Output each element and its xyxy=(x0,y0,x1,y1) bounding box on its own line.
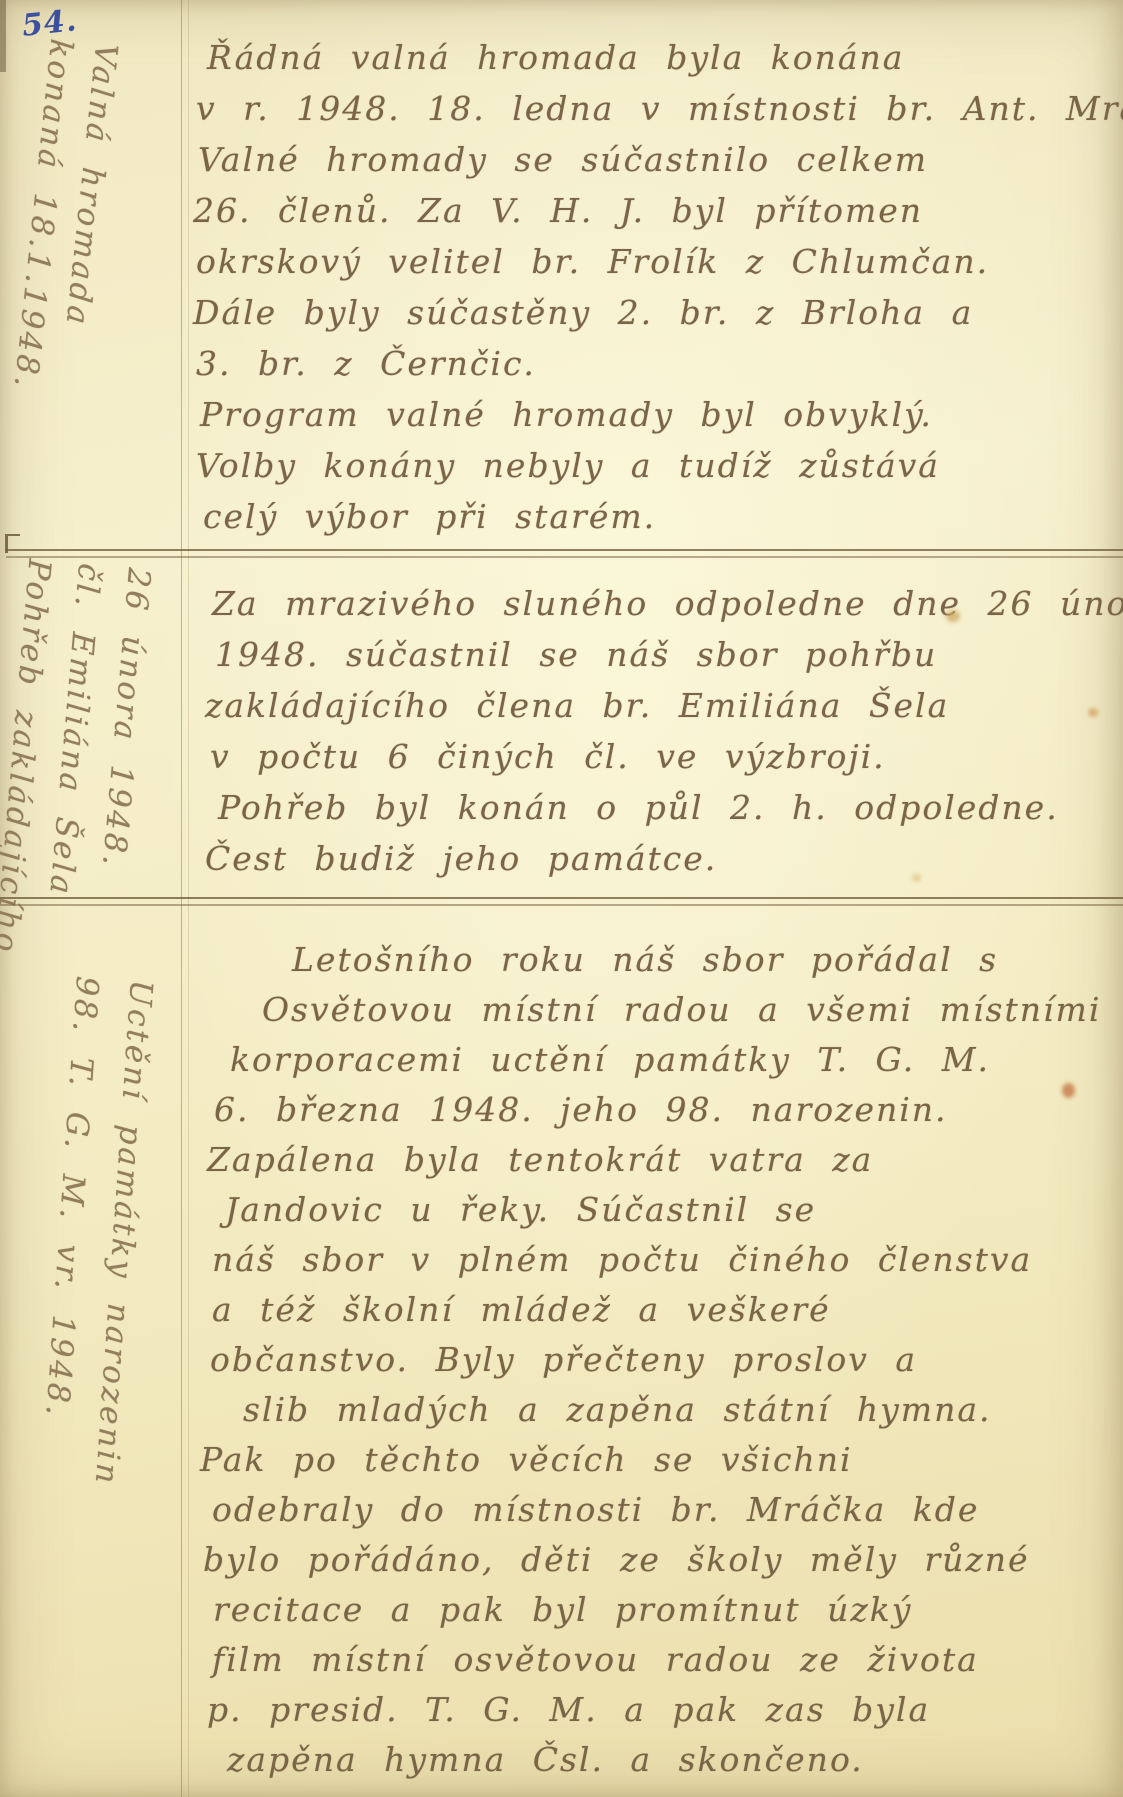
margin-note-valna-hromada: Valná hromada konaná 18.1.1948. xyxy=(2,37,128,397)
section-2-text: Za mrazivého sluného odpoledne dne 26 ún… xyxy=(185,578,1113,884)
body-line: Jandovic u řeky. Súčastnil se xyxy=(225,1185,1113,1235)
body-line: bylo pořádáno, děti ze školy měly různé xyxy=(203,1535,1113,1585)
body-line: Volby konány nebyly a tudíž zůstává xyxy=(196,440,1113,491)
body-line: Letošního roku náš sbor pořádal s xyxy=(292,935,1113,985)
body-line: 26. členů. Za V. H. J. byl přítomen xyxy=(193,185,1113,236)
body-line: Program valné hromady byl obvyklý. xyxy=(200,389,1113,440)
body-line: celý výbor při starém. xyxy=(203,491,1113,542)
body-line: korporacemi uctění památky T. G. M. xyxy=(230,1035,1113,1085)
body-line: v r. 1948. 18. ledna v místnosti br. Ant… xyxy=(196,83,1113,134)
age-spot xyxy=(1062,1083,1075,1098)
body-line: náš sbor v plném počtu činého členstva xyxy=(212,1235,1113,1285)
body-line: Valné hromady se súčastnilo celkem xyxy=(198,134,1113,185)
section-divider xyxy=(0,897,1123,905)
body-line: recitace a pak byl promítnut úzký xyxy=(213,1585,1113,1635)
body-line: film místní osvětovou radou ze života xyxy=(212,1635,1113,1685)
body-line: slib mladých a zapěna státní hymna. xyxy=(243,1385,1113,1435)
body-line: 1948. súčastnil se náš sbor pohřbu xyxy=(215,629,1113,680)
body-line: p. presid. T. G. M. a pak zas byla xyxy=(207,1685,1113,1735)
age-spot xyxy=(912,874,921,882)
body-line: Řádná valná hromada byla konána xyxy=(207,32,1113,83)
section-3-text: Letošního roku náš sbor pořádal s Osvěto… xyxy=(185,935,1113,1785)
chronicle-page: 54. Valná hromada konaná 18.1.1948. Řádn… xyxy=(0,0,1123,1797)
body-line: občanstvo. Byly přečteny proslov a xyxy=(210,1335,1113,1385)
section-divider xyxy=(6,549,1123,557)
scan-edge-shadow xyxy=(0,0,6,72)
body-line: a též školní mládež a veškeré xyxy=(212,1285,1113,1335)
section-1-text: Řádná valná hromada byla konána v r. 194… xyxy=(185,32,1113,542)
body-line: zakládajícího člena br. Emiliána Šela xyxy=(205,680,1113,731)
body-line: Dále byly súčastěny 2. br. z Brloha a xyxy=(193,287,1113,338)
body-line: zapěna hymna Čsl. a skončeno. xyxy=(227,1735,1113,1785)
body-line: Za mrazivého sluného odpoledne dne 26 ún… xyxy=(212,578,1113,629)
body-line: odebraly do místnosti br. Mráčka kde xyxy=(212,1485,1113,1535)
body-line: Osvětovou místní radou a všemi místními xyxy=(262,985,1113,1035)
body-line: 6. března 1948. jeho 98. narozenin. xyxy=(214,1085,1113,1135)
body-line: Pak po těchto věcích se všichni xyxy=(200,1435,1113,1485)
age-spot xyxy=(1088,708,1098,717)
margin-note-ucteni-pamatky: Uctění památky narozenin 98. T. G. M. vr… xyxy=(25,974,168,1488)
body-line: Zapálena byla tentokrát vatra za xyxy=(207,1135,1113,1185)
body-line: okrskový velitel br. Frolík z Chlumčan. xyxy=(196,236,1113,287)
age-spot xyxy=(946,610,960,622)
body-line: Pohřeb byl konán o půl 2. h. odpoledne. xyxy=(218,782,1113,833)
body-line: 3. br. z Černčic. xyxy=(196,338,1113,389)
body-line: Čest budiž jeho památce. xyxy=(205,833,1113,884)
body-line: v počtu 6 činých čl. ve výzbroji. xyxy=(210,731,1113,782)
